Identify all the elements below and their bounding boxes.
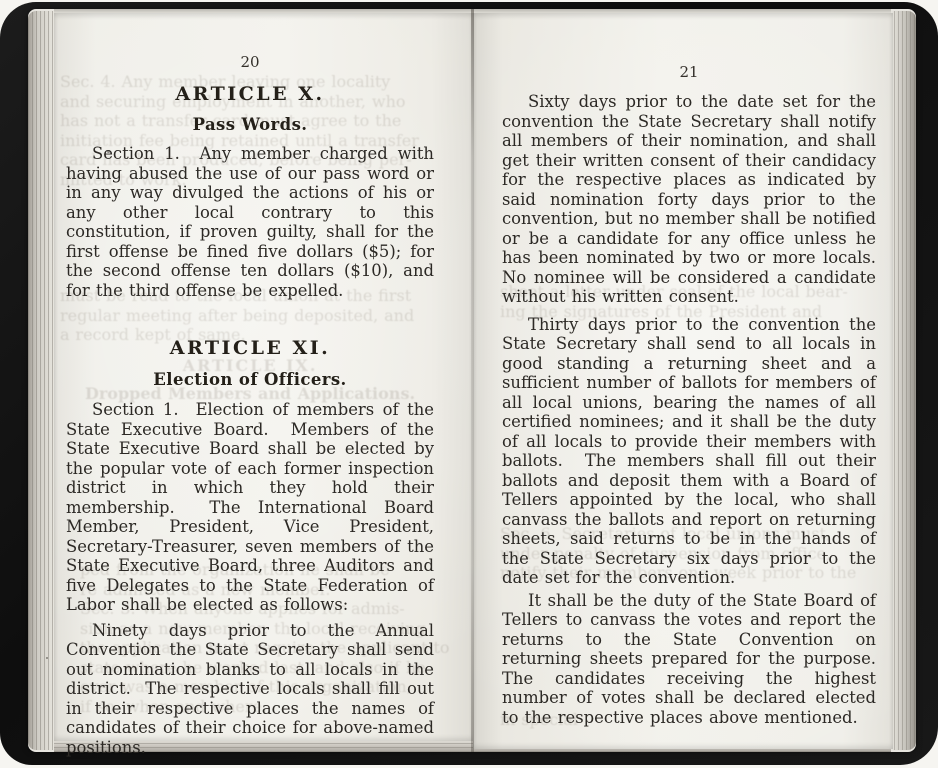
left-page-content: 20 ARTICLE X. Pass Words. Section 1. Any… (66, 54, 434, 757)
article-xi-section-1: Section 1. Election of members of the St… (66, 400, 434, 615)
page-number-right: 21 (502, 64, 876, 80)
book-scan: Sec. 4. Any member leaving one locality … (0, 0, 938, 768)
article-xi-subheading: Election of Officers. (66, 371, 434, 389)
article-x-section-1: Section 1. Any member charged with havin… (66, 144, 434, 300)
paper-speck (46, 657, 48, 659)
book-gutter (471, 9, 474, 752)
article-x-heading: ARTICLE X. (66, 84, 434, 104)
page-number-left: 20 (66, 54, 434, 70)
article-x-subheading: Pass Words. (66, 116, 434, 134)
article-xi-heading: ARTICLE XI. (66, 338, 434, 358)
thirty-days-paragraph: Thirty days prior to the convention the … (502, 315, 876, 588)
right-page-content: 21 Sixty days prior to the date set for … (502, 64, 876, 727)
board-of-tellers-paragraph: It shall be the duty of the State Board … (502, 591, 876, 728)
article-xi-ninety-days-paragraph: Ninety days prior to the Annual Conventi… (66, 621, 434, 758)
sixty-days-paragraph: Sixty days prior to the date set for the… (502, 92, 876, 307)
page-edges-left (28, 11, 55, 750)
page-edges-right (890, 11, 916, 750)
